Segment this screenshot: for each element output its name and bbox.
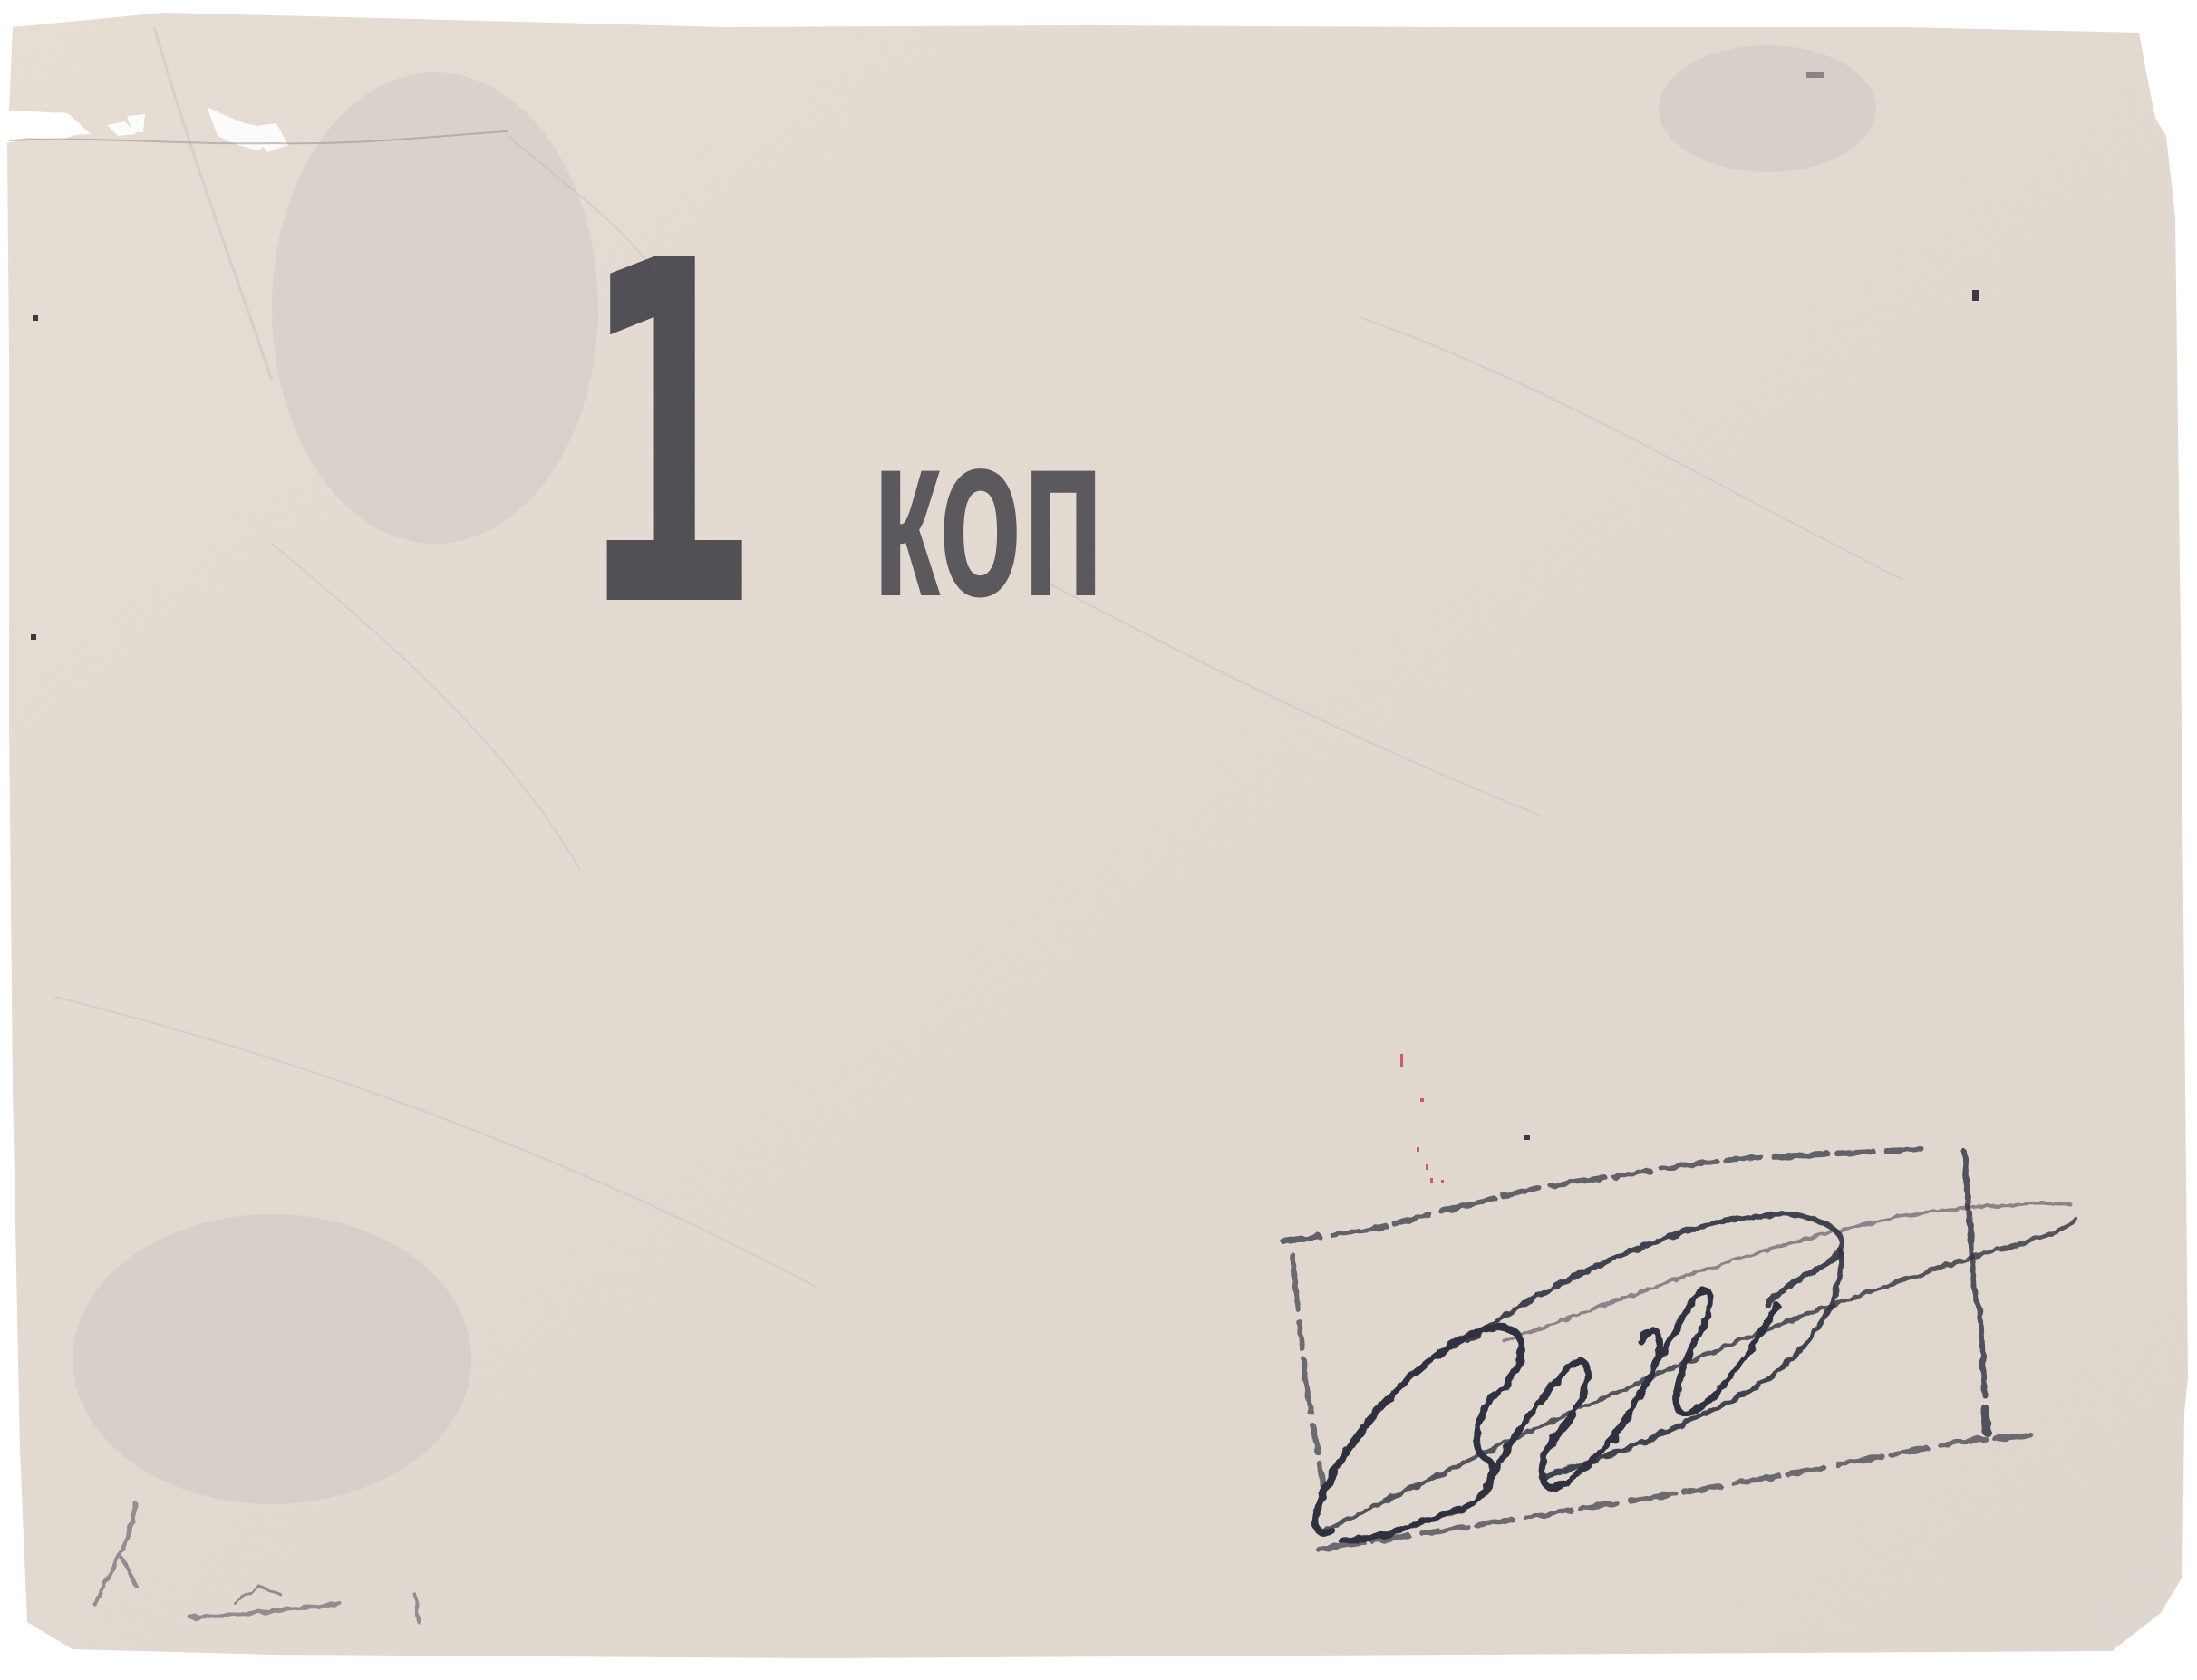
denomination-numeral: 1 bbox=[580, 237, 756, 636]
paper-note: 1 коп bbox=[0, 0, 2197, 1680]
denomination-unit: коп bbox=[872, 424, 1105, 605]
paper-sheet bbox=[0, 0, 2197, 1680]
